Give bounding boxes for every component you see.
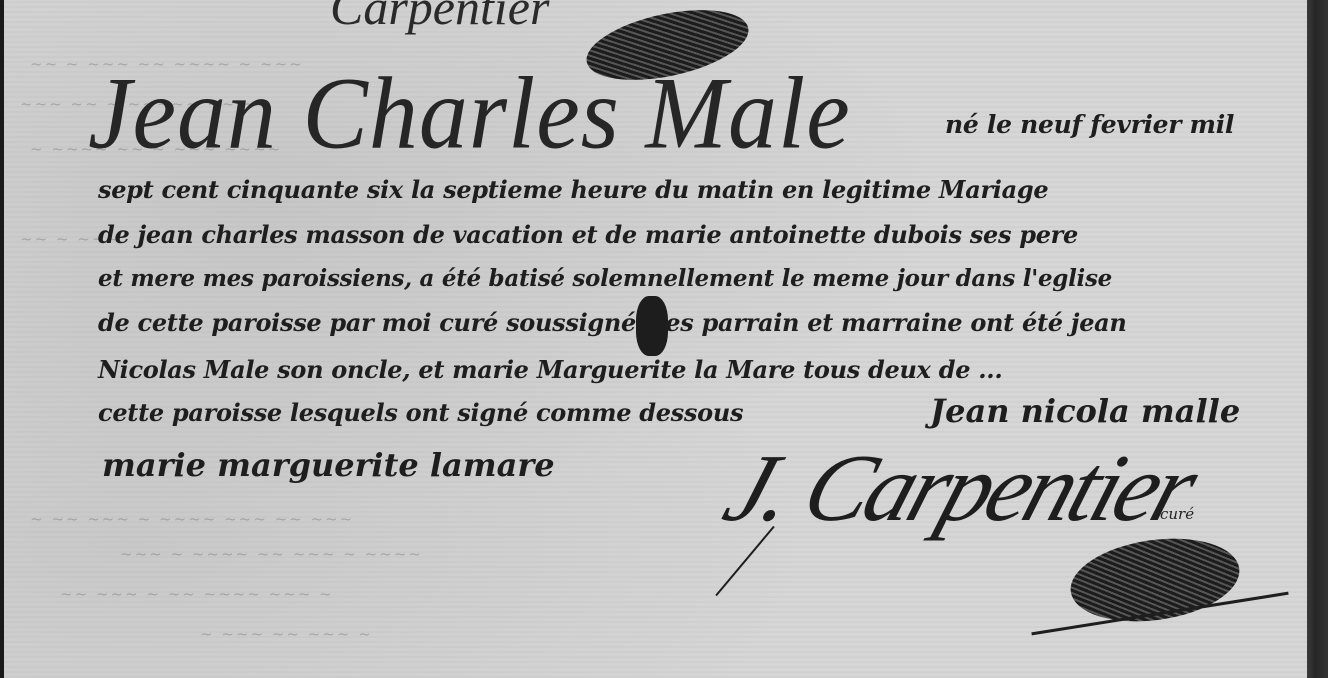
bleed-through-text: ~ ~~~ ~~ ~~~ ~ — [200, 625, 373, 643]
signature-paraph-scribble — [1065, 529, 1244, 632]
godmother-signature: marie marguerite lamare — [102, 446, 555, 484]
bleed-through-text: ~~ ~~~ ~ ~~ ~~~~ ~~~ ~ — [60, 585, 334, 603]
record-line-2: sept cent cinquante six la septieme heur… — [98, 175, 1048, 204]
bleed-through-text: ~ ~~ ~~~ ~ ~~~~ ~~~ ~~ ~~~ — [30, 510, 354, 528]
record-line-3: de jean charles masson de vacation et de… — [98, 220, 1078, 249]
godfather-signature: Jean nicola malle — [930, 392, 1240, 430]
ink-blot — [636, 296, 668, 356]
right-scan-border — [1307, 0, 1328, 678]
record-line-7: cette paroisse lesquels ont signé comme … — [98, 398, 743, 427]
bleed-through-text: ~~~ ~ ~~~~ ~~ ~~~ ~ ~~~~ — [120, 545, 423, 563]
scanned-document-page: ~~ ~ ~~~ ~~ ~~~~ ~ ~~~ ~~~ ~~ ~ ~~~~~ ~~… — [0, 0, 1328, 678]
record-line-6: Nicolas Male son oncle, et marie Marguer… — [98, 355, 1002, 384]
priest-signature: J. Carpentier — [712, 432, 1208, 543]
left-scan-edge — [0, 0, 4, 678]
header-signature-fragment: Carpentier — [330, 0, 549, 36]
child-name-title: Jean Charles Male — [88, 55, 851, 173]
record-line-4: et mere mes paroissiens, a été batisé so… — [98, 265, 1112, 292]
record-line-5: de cette paroisse par moi curé soussigné… — [98, 308, 1127, 337]
priest-title: curé — [1160, 505, 1194, 523]
record-line-1: né le neuf fevrier mil — [945, 110, 1234, 139]
